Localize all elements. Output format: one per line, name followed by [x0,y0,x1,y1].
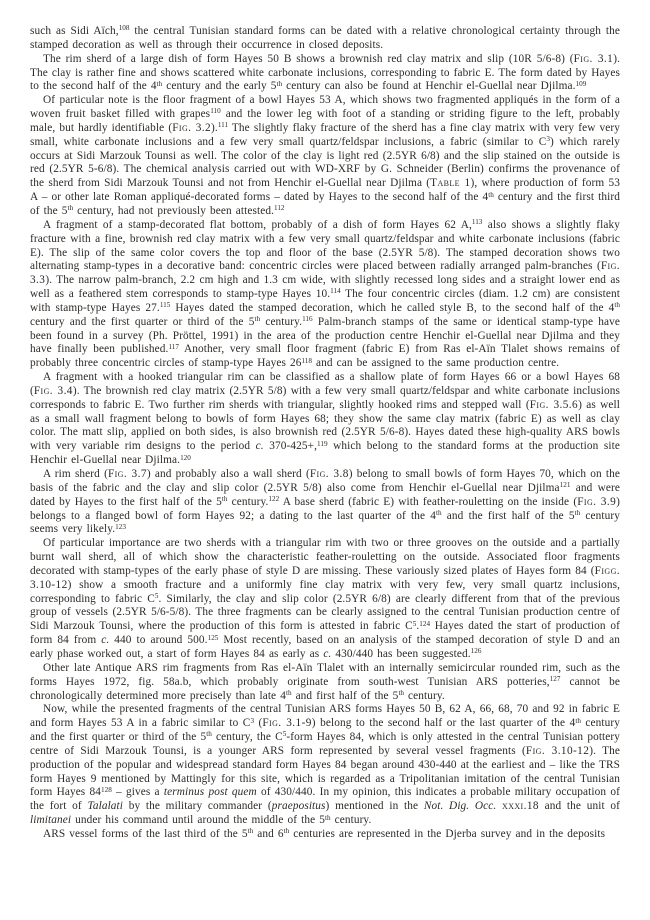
superscript-note: 126 [471,647,482,655]
text-run: A base sherd (fabric E) with feather-rou… [279,496,577,508]
text-run: 370-425+, [264,440,317,452]
text-run: Of particular importance are two sherds … [30,537,620,577]
text-run: and the first half of the 5 [442,510,575,522]
text-run: Fig. 3.7 [108,468,147,480]
superscript-note: 128 [101,786,112,794]
superscript-note: th [325,814,331,822]
superscript-note: 113 [472,218,483,226]
paragraph: Other late Antique ARS rim fragments fro… [30,662,620,704]
superscript-note: 118 [301,357,312,365]
superscript-note: 3 [250,717,254,725]
superscript-note: 5 [155,592,159,600]
text-run: century. [260,316,302,328]
text-run: ) mentioned in the [326,800,424,812]
superscript-note: 124 [419,620,430,628]
text-run: such as Sidi Aïch, [30,25,119,37]
superscript-note: 114 [330,287,341,295]
superscript-note: th [255,315,261,323]
text-run: Fig. 3.4 [34,385,73,397]
text-run: 440 to around 500. [109,634,207,646]
superscript-note: 115 [160,301,171,309]
text-run: ) and probably also a wall sherd ( [147,468,310,480]
text-run: A fragment of a stamp-decorated flat bot… [43,219,472,231]
text-run: xxxi.18 [502,800,539,812]
superscript-note: th [206,730,212,738]
text-run: ). [211,122,218,134]
superscript-note: 112 [274,204,285,212]
text-run: Talalati [87,800,123,812]
text-run: centuries are represented in the Djerba … [289,828,605,840]
superscript-note: 125 [208,634,219,642]
text-run: 430/440 has been suggested. [331,648,470,660]
text-run: praepositus [272,800,326,812]
paragraph: Of particular note is the floor fragment… [30,94,620,219]
text-run: century. [227,496,268,508]
text-block: such as Sidi Aïch,108 the central Tunisi… [30,25,620,842]
paragraph: A fragment of a stamp-decorated flat bot… [30,219,620,371]
text-run: Fig. 3.2 [172,122,211,134]
superscript-note: 110 [210,107,221,115]
text-run: Fig. 3.10-12 [526,745,589,757]
paragraph: A rim sherd (Fig. 3.7) and probably also… [30,468,620,537]
text-run: century, the C [212,731,283,743]
text-run: and first half of the 5 [292,690,399,702]
text-run: century can also be found at Henchir el-… [282,80,575,92]
superscript-note: 117 [168,343,179,351]
text-run: century, had not previously been atteste… [73,205,274,217]
text-run: century and the early 5 [162,80,276,92]
book-page: such as Sidi Aïch,108 the central Tunisi… [0,0,650,920]
superscript-note: 109 [576,80,587,88]
superscript-note: 111 [218,121,228,129]
superscript-note: th [222,495,228,503]
text-run: The rim sherd of a large dish of form Ha… [43,53,574,65]
text-run: ) belong to the second half or the last … [312,717,576,729]
text-run: Fig. 3.9 [577,496,616,508]
text-run: Hayes dated the stamped decoration, whic… [170,302,614,314]
superscript-note: th [248,827,254,835]
superscript-note: 127 [550,675,561,683]
superscript-note: 120 [180,454,191,462]
text-run: Fig. 3.1-9 [262,717,311,729]
superscript-note: 123 [115,523,126,531]
text-run: Other late Antique ARS rim fragments fro… [30,662,620,688]
superscript-note: 121 [560,481,571,489]
text-run: Fig. 3.1 [574,53,614,65]
paragraph: The rim sherd of a large dish of form Ha… [30,53,620,95]
superscript-note: th [286,689,292,697]
superscript-note: th [575,717,581,725]
text-run: A rim sherd ( [43,468,108,480]
paragraph: ARS vessel forms of the last third of th… [30,828,620,842]
text-run: Fig. 3.5.6 [530,399,578,411]
paragraph: Now, while the presented fragments of th… [30,703,620,828]
text-run: c. [256,440,264,452]
text-run: terminus post quem [164,786,257,798]
text-run: century. [404,690,445,702]
text-run: and 6 [253,828,283,840]
text-run: by the military commander ( [123,800,272,812]
paragraph: A fragment with a hooked triangular rim … [30,371,620,468]
paragraph: such as Sidi Aïch,108 the central Tunisi… [30,25,620,53]
text-run: limitanei [30,814,71,826]
superscript-note: 108 [119,24,130,32]
superscript-note: th [488,191,494,199]
text-run: Fig. 3.8 [310,468,349,480]
superscript-note: th [284,827,290,835]
text-run: Table 1 [430,177,470,189]
paragraph: Of particular importance are two sherds … [30,537,620,662]
text-run: – gives a [112,786,164,798]
text-run: ARS vessel forms of the last third of th… [43,828,248,840]
superscript-note: 3 [546,135,550,143]
text-run: century and the first quarter or third o… [30,316,255,328]
text-run: century. [331,814,372,826]
superscript-note: 5 [413,620,417,628]
superscript-note: th [575,509,581,517]
superscript-note: th [436,509,442,517]
superscript-note: 116 [302,315,313,323]
superscript-note: 122 [268,495,279,503]
text-run: and the unit of [539,800,620,812]
text-run: and can be assigned to the same producti… [312,357,559,369]
text-run: under his command until around the middl… [71,814,325,826]
superscript-note: th [276,80,282,88]
superscript-note: 119 [317,440,328,448]
superscript-note: th [157,80,163,88]
superscript-note: 5 [283,730,287,738]
text-run: Not. Dig. Occ. [424,800,497,812]
superscript-note: th [398,689,404,697]
superscript-note: th [68,204,74,212]
superscript-note: th [614,301,620,309]
